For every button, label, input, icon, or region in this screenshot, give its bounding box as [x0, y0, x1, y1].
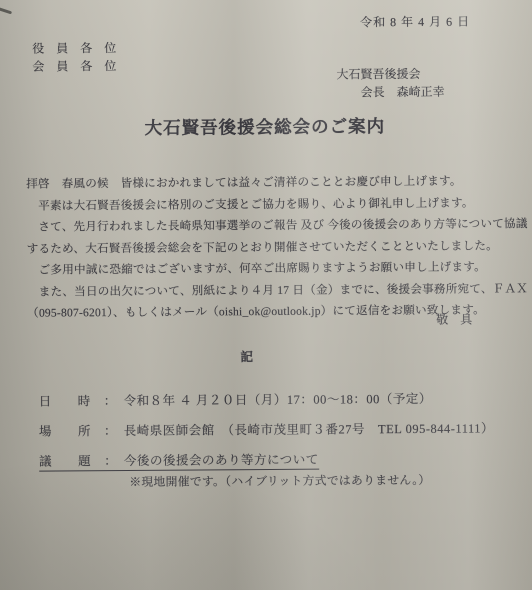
sender-organization: 大石賢吾後援会 — [336, 65, 420, 83]
body-line: さて、先月行われました長崎県知事選挙のご報告 及び 今後の後援会のあり方等につい… — [26, 213, 513, 238]
recipient-line-officers: 役 員 各 位 — [32, 39, 116, 57]
detail-label: 場 所 — [39, 424, 91, 438]
onsite-meeting-note: ※現地開催です。（ハイブリット方式ではありません。） — [129, 471, 430, 490]
detail-row-place: 場 所 ： 長崎県医師会館 （長崎市茂里町３番27号 TEL 095-844-1… — [39, 418, 494, 439]
agenda-underlined-text: 議 題 ： 今後の後援会のあり等方について — [39, 453, 319, 472]
detail-value: 長崎県医師会館 （長崎市茂里町３番27号 TEL 095-844-1111） — [124, 421, 494, 438]
record-marker-ki: 記 — [240, 347, 254, 365]
letter-date: 令和 8 年 4 月 6 日 — [360, 13, 470, 31]
letter-body: 拝啓 春風の候 皆様におかれましては益々ご清祥のこととお慶び申し上げます。 平素… — [26, 170, 514, 324]
body-line: ご多用中誠に恐縮ではございますが、何卒ご出席賜りますようお願い申し上げます。 — [27, 256, 514, 281]
detail-label: 日 時 — [39, 394, 91, 408]
detail-row-datetime: 日 時 ： 令和８年 ４ 月２０日（月）17：00～18：00（予定） — [39, 389, 432, 410]
closing-keigu: 敬 具 — [436, 311, 472, 328]
detail-value: 今後の後援会のあり等方について — [124, 453, 319, 468]
recipient-line-members: 会 員 各 位 — [32, 57, 116, 75]
detail-label: 議 題 — [39, 454, 91, 468]
letter-title: 大石賢吾後援会総会のご案内 — [0, 112, 531, 141]
body-line: 拝啓 春風の候 皆様におかれましては益々ご清祥のこととお慶び申し上げます。 — [26, 170, 513, 195]
sender-chairman-name: 会長 森崎正幸 — [361, 83, 445, 101]
detail-row-agenda: 議 題 ： 今後の後援会のあり等方について — [39, 450, 319, 470]
detail-value: 令和８年 ４ 月２０日（月）17：00～18：00（予定） — [124, 392, 432, 408]
letter-content: 令和 8 年 4 月 6 日 役 員 各 位 会 員 各 位 大石賢吾後援会 会… — [0, 0, 532, 590]
photographed-letter: 令和 8 年 4 月 6 日 役 員 各 位 会 員 各 位 大石賢吾後援会 会… — [0, 0, 532, 590]
